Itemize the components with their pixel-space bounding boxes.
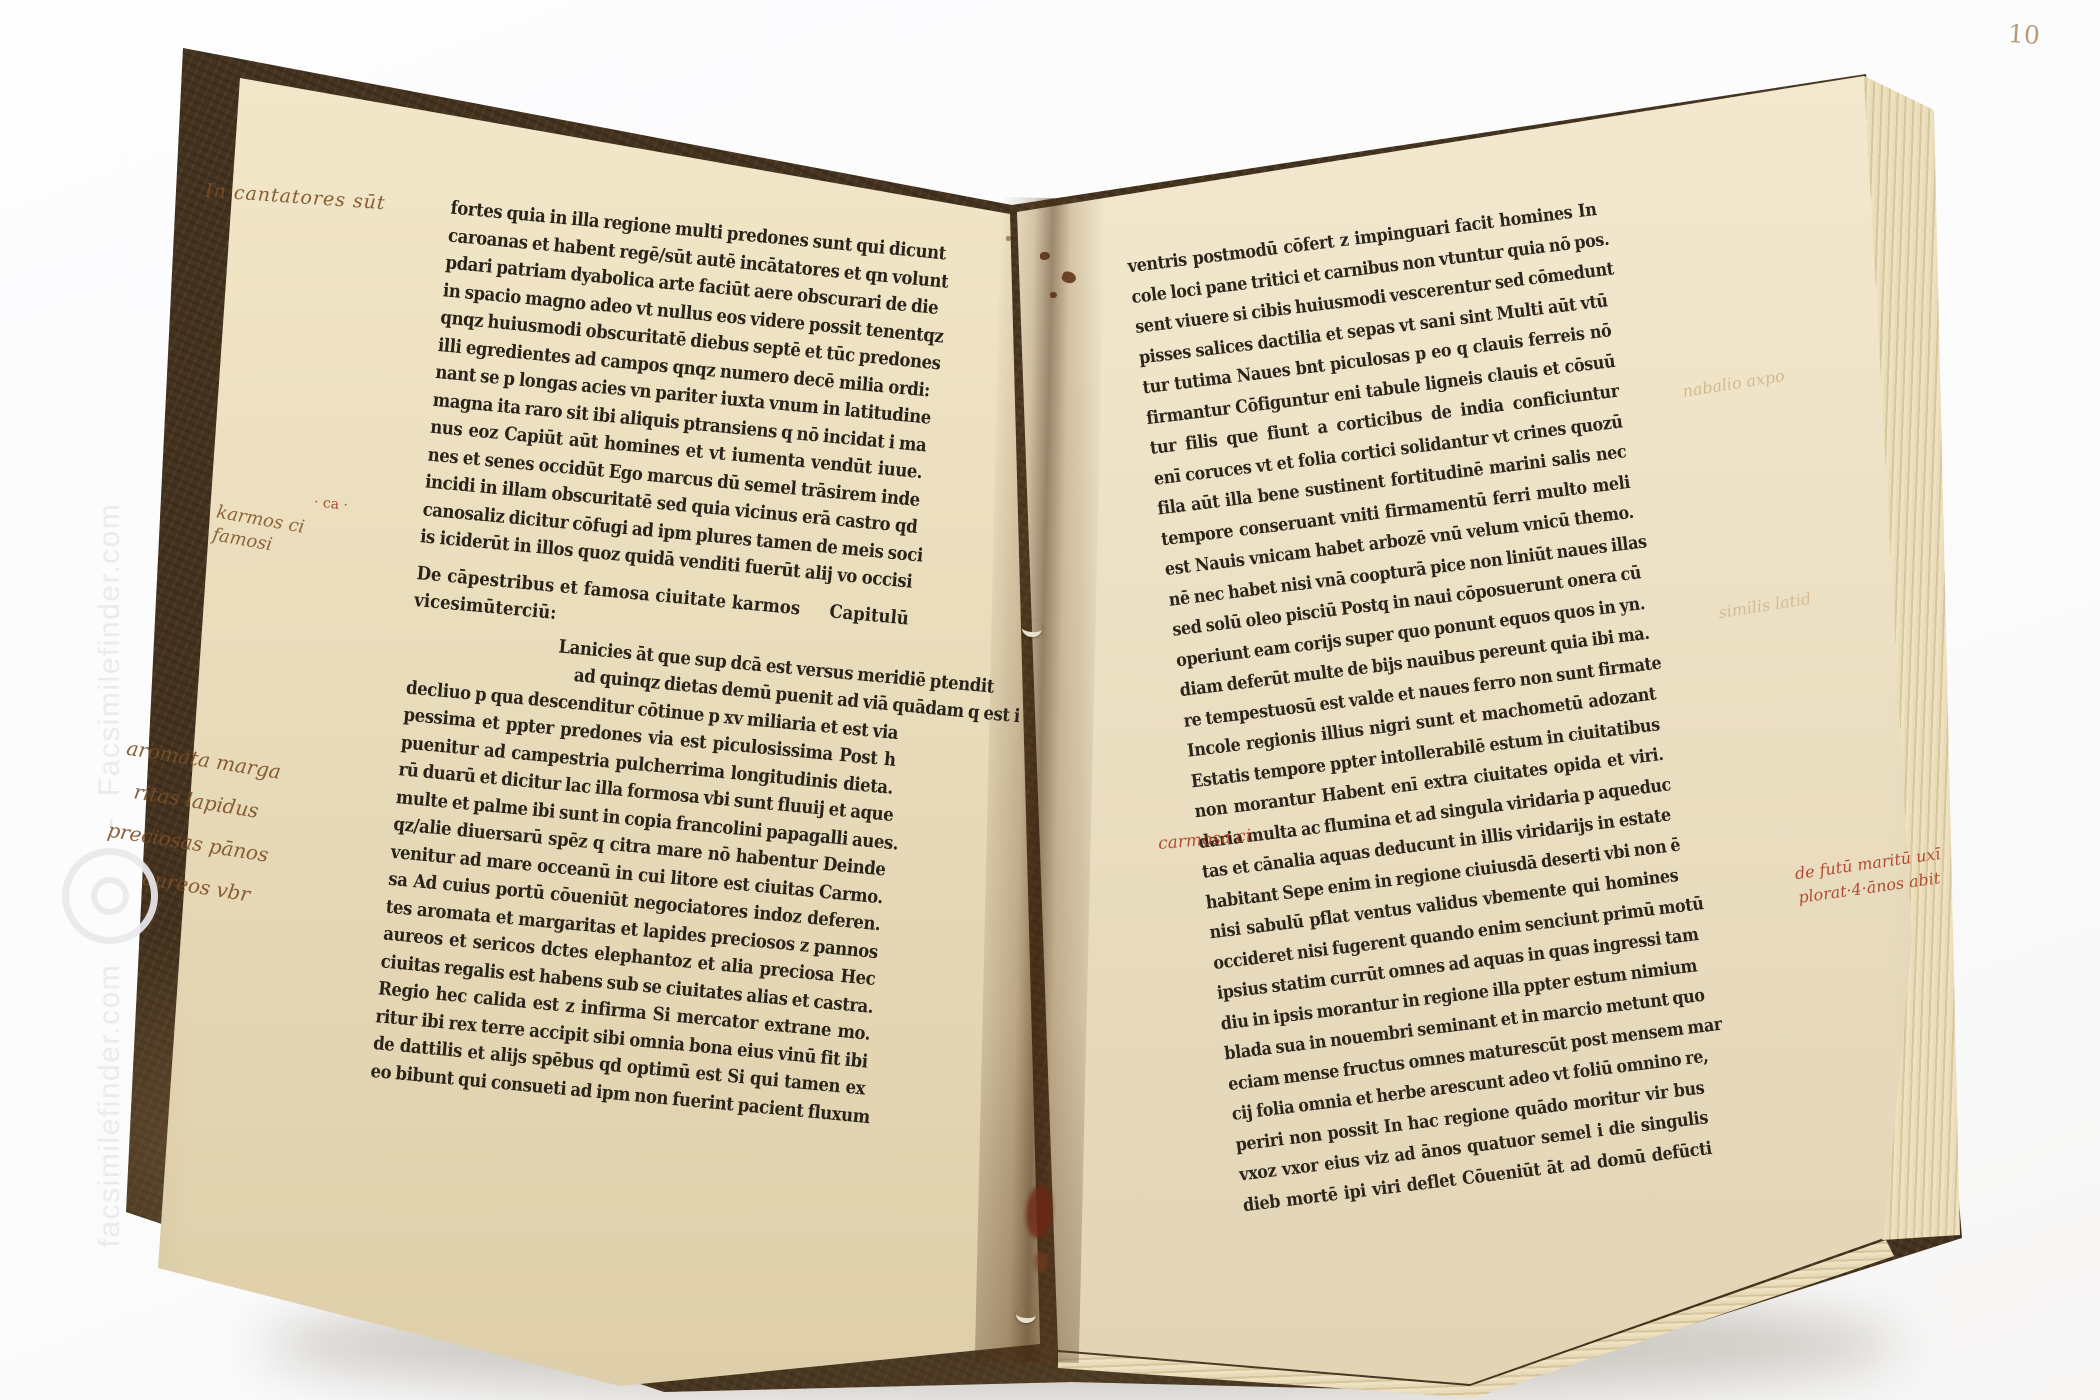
watermark-text-lower: Facsimilefinder.com [93, 503, 127, 797]
ink-stain [1034, 1252, 1048, 1272]
watermark-text-upper: facsimilefinder.com [93, 964, 127, 1248]
rubric-chapter-mark: · ca · [313, 494, 348, 513]
margin-note-aromata: aromata margaritas lapiduspreciosas pāno… [104, 727, 285, 917]
left-page-text: fortes quia in illa regione multi predon… [369, 194, 943, 1130]
photo-stage: fortes quia in illa regione multi predon… [0, 0, 2100, 1400]
left-paragraph-1: fortes quia in illa regione multi predon… [419, 194, 944, 596]
left-paragraph-2: Lanicies āt que sup dcā est versus merid… [369, 619, 904, 1130]
folio-number: 10 [2007, 19, 2041, 50]
